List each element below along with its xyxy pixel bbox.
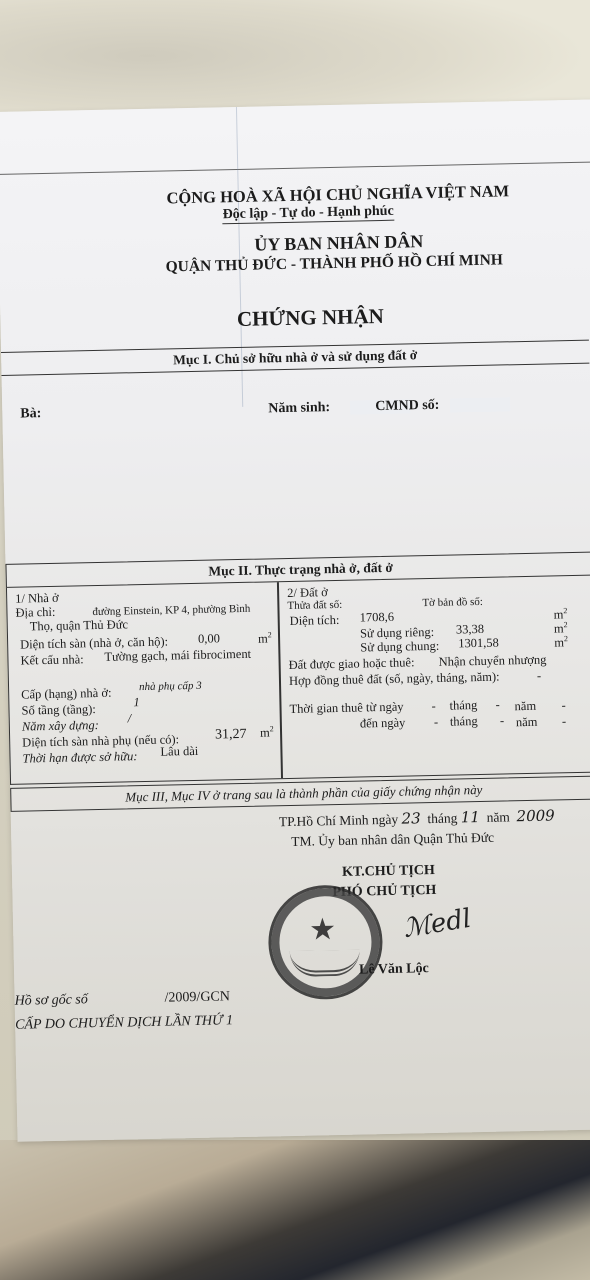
id-redacted	[450, 396, 510, 413]
parcel-label: Thửa đất số:	[287, 599, 342, 612]
address-line2: Thọ, quận Thủ Đức	[30, 617, 128, 634]
aux-area-unit: m2	[260, 724, 274, 740]
grade-value: nhà phụ cấp 3	[139, 680, 202, 693]
shared-use-label: Sử dụng chung:	[360, 639, 439, 656]
star-icon: ★	[309, 912, 337, 948]
ownership-term-value: Lâu dài	[160, 744, 198, 760]
lease-from-month-label: tháng	[449, 698, 477, 714]
lease-contract-value: -	[537, 669, 541, 684]
background-bottom	[0, 1140, 590, 1280]
floor-area-unit: m2	[258, 630, 272, 646]
lease-from-year: -	[561, 698, 565, 713]
land-area-value: 1708,6	[360, 610, 395, 626]
issue-date: TP.Hồ Chí Minh ngày 23 tháng 11 năm 2009	[279, 806, 555, 830]
lease-to-label: đến ngày	[360, 716, 406, 732]
file-number: /2009/GCN	[164, 989, 230, 1006]
floors-value: 1	[133, 695, 140, 710]
on-behalf-line: TM. Ủy ban nhân dân Quận Thủ Đức	[291, 830, 494, 850]
structure-label: Kết cấu nhà:	[20, 652, 83, 668]
aux-area-label: Diện tích sàn nhà phụ (nếu có):	[22, 732, 179, 750]
land-area-label: Diện tích:	[290, 613, 340, 629]
handwritten-day: 23	[401, 809, 420, 827]
owner-label: Bà:	[20, 406, 41, 422]
lease-to-year: -	[562, 714, 566, 729]
allocation-value: Nhận chuyển nhượng	[438, 653, 546, 670]
lease-from-label: Thời gian thuê từ ngày	[289, 700, 403, 717]
for-chairman: KT.CHỦ TỊCH	[342, 863, 435, 881]
address-line1: đường Einstein, KP 4, phường Bình	[92, 603, 250, 618]
structure-value: Tường gạch, mái fibrociment	[104, 647, 251, 665]
allocation-label: Đất được giao hoặc thuê:	[288, 655, 414, 673]
year-built-label: Năm xây dựng:	[22, 718, 99, 735]
file-label: Hồ sơ gốc số	[14, 992, 88, 1009]
section2-table: 1/ Nhà ở Địa chỉ: đường Einstein, KP 4, …	[6, 576, 590, 785]
lease-contract-label: Hợp đồng thuê đất (số, ngày, tháng, năm)…	[289, 670, 500, 689]
signer-name: Lê Văn Lộc	[359, 961, 429, 978]
handwritten-year: 2009	[516, 806, 555, 825]
section1-heading: Mục I. Chủ sở hữu nhà ở và sử dụng đất ở	[1, 340, 589, 376]
shared-use-unit: m2	[554, 634, 568, 650]
lease-to-month: -	[500, 713, 504, 728]
handwritten-month: 11	[461, 808, 480, 826]
grade-label: Cấp (hạng) nhà ở:	[21, 686, 112, 703]
transfer-note: CẤP DO CHUYỂN DỊCH LẦN THỨ 1	[15, 1013, 233, 1034]
lease-from-year-label: năm	[514, 699, 536, 714]
birth-year-label: Năm sinh:	[268, 400, 330, 417]
lease-to-year-label: năm	[516, 715, 538, 730]
lease-to-day: -	[434, 715, 438, 730]
lease-to-month-label: tháng	[450, 714, 478, 730]
shared-use-value: 1301,58	[458, 636, 499, 652]
id-label: CMND số:	[375, 398, 439, 415]
seal-emblem	[290, 950, 361, 977]
official-seal-icon: ★	[267, 884, 383, 1000]
column-divider	[277, 582, 283, 778]
ownership-term-label: Thời hạn được sở hữu:	[22, 749, 137, 766]
lease-from-month: -	[495, 698, 499, 713]
map-sheet-label: Tờ bản đồ số:	[422, 596, 483, 609]
file-number-row: Hồ sơ gốc số /2009/GCN	[14, 992, 88, 1010]
aux-area-value: 31,27	[215, 727, 247, 744]
top-strip	[0, 121, 590, 175]
year-built-value: /	[128, 711, 132, 726]
document-title: CHỨNG NHẬN	[10, 299, 590, 337]
floor-area-value: 0,00	[198, 631, 220, 646]
lease-from-day: -	[431, 699, 435, 714]
certificate-paper: CỘNG HOÀ XÃ HỘI CHỦ NGHĨA VIỆT NAM Độc l…	[0, 99, 590, 1141]
signature-icon: ℳedl	[401, 904, 473, 945]
floors-label: Số tầng (tầng):	[21, 702, 96, 719]
